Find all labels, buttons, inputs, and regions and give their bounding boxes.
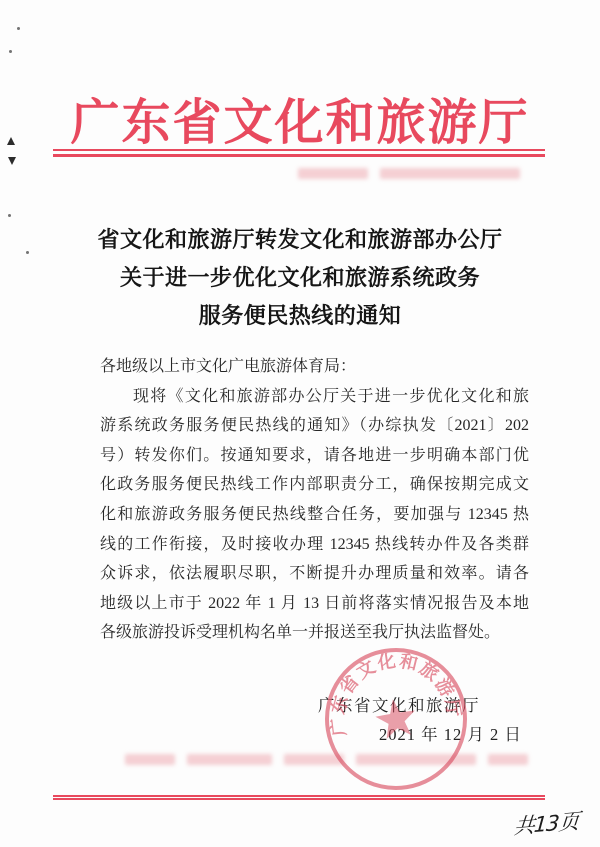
bleed-mark xyxy=(488,754,528,765)
letterhead-title: 广东省文化和旅游厅 xyxy=(0,84,600,154)
bleed-mark xyxy=(380,168,520,179)
notice-title-line-3: 服务便民热线的通知 xyxy=(0,297,600,335)
handwritten-page-count: 共13页 xyxy=(513,805,580,841)
scan-speck xyxy=(8,214,11,217)
body-line: 化政务服务便民热线工作内部职责分工，确保按期完成文 xyxy=(100,470,529,500)
notice-title: 省文化和旅游厅转发文化和旅游部办公厅 关于进一步优化文化和旅游系统政务 服务便民… xyxy=(0,221,600,335)
scan-speck xyxy=(8,157,16,165)
official-seal: 广东省文化和旅游厅 xyxy=(310,633,482,805)
notice-body: 各地级以上市文化广电旅游体育局： 现将《文化和旅游部办公厅关于进一步优化文化和旅… xyxy=(100,352,529,648)
scan-speck xyxy=(17,27,20,30)
bleed-mark xyxy=(125,754,175,765)
scanned-notice-page: 广东省文化和旅游厅 省文化和旅游厅转发文化和旅游部办公厅 关于进一步优化文化和旅… xyxy=(0,0,600,847)
body-line: 众诉求，依法履职尽职，不断提升办理质量和效率。请各 xyxy=(100,559,529,589)
notice-title-line-2: 关于进一步优化文化和旅游系统政务 xyxy=(0,259,600,297)
salutation: 各地级以上市文化广电旅游体育局： xyxy=(100,352,529,382)
body-line: 地级以上市于 2022 年 1 月 13 日前将落实情况报告及本地 xyxy=(100,589,529,619)
bleed-mark xyxy=(298,168,368,179)
body-line: 线的工作衔接，及时接收办理 12345 热线转办件及各类群 xyxy=(100,530,529,560)
body-line: 现将《文化和旅游部办公厅关于进一步优化文化和旅 xyxy=(100,382,529,412)
scan-speck xyxy=(9,50,12,53)
body-line: 各级旅游投诉受理机构名单一并报送至我厅执法监督处。 xyxy=(100,618,529,648)
letterhead-divider xyxy=(53,149,545,157)
seal-star xyxy=(373,696,418,740)
footer-divider xyxy=(53,795,545,800)
body-line: 游系统政务服务便民热线的通知》（办综执发〔2021〕202 xyxy=(100,411,529,441)
body-line: 化和旅游政务服务便民热线整合任务，要加强与 12345 热 xyxy=(100,500,529,530)
bleed-mark xyxy=(187,754,272,765)
notice-title-line-1: 省文化和旅游厅转发文化和旅游部办公厅 xyxy=(0,221,600,259)
body-line: 号）转发你们。按通知要求，请各地进一步明确本部门优 xyxy=(100,441,529,471)
ink-bleedthrough-top xyxy=(298,168,520,179)
